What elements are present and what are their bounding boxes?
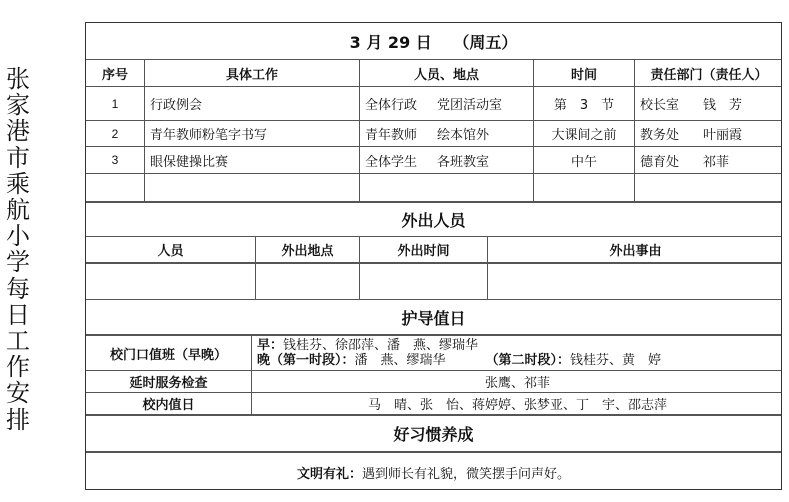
title-char: 工 <box>4 328 32 354</box>
outside-col-place: 外出地点 <box>256 237 360 262</box>
title-char: 安 <box>4 380 32 406</box>
row-dept: 校长室 <box>640 94 679 113</box>
habits-content: 遇到师长有礼貌，微笑摆手问声好。 <box>362 463 570 482</box>
title-char: 张 <box>4 66 32 92</box>
row-dept-person <box>635 174 783 201</box>
row-people: 全体学生 <box>365 151 417 170</box>
col-header-dept: 责任部门（责任人） <box>635 60 783 86</box>
title-char: 排 <box>4 407 32 433</box>
title-char: 小 <box>4 223 32 249</box>
outside-place <box>256 264 360 299</box>
gate-duty-row: 校门口值班（早晚） 早：钱桂芬、徐邵萍、潘 燕、缪瑞华 晚（第一时段）：潘 燕、… <box>86 336 781 371</box>
row-people-place <box>360 174 534 201</box>
habits-title-row: 好习惯养成 <box>86 416 781 453</box>
row-place: 绘本馆外 <box>437 124 489 143</box>
row-time: 中午 <box>534 147 635 173</box>
campus-duty-row: 校内值日 马 晴、张 怡、蒋婷婷、张梦亚、丁 宇、邵志萍 <box>86 393 781 416</box>
row-time: 大课间之前 <box>534 121 635 146</box>
campus-duty-names: 马 晴、张 怡、蒋婷婷、张梦亚、丁 宇、邵志萍 <box>252 393 783 414</box>
row-task: 青年教师粉笔字书写 <box>145 121 360 146</box>
row-dept-person: 校长室钱 芳 <box>635 87 783 120</box>
title-char: 家 <box>4 92 32 118</box>
date-header: 3 月 29 日 （周五） <box>86 23 781 59</box>
habits-label: 文明有礼： <box>297 463 362 482</box>
outside-time <box>360 264 488 299</box>
gate-duty-names: 早：钱桂芬、徐邵萍、潘 燕、缪瑞华 晚（第一时段）：潘 燕、缪瑞华（第二时段）：… <box>252 336 783 370</box>
row-people: 青年教师 <box>365 124 417 143</box>
row-task: 行政例会 <box>145 87 360 120</box>
table-row: 1 行政例会 全体行政党团活动室 第 3 节 校长室钱 芳 <box>86 87 781 121</box>
outside-title: 外出人员 <box>86 203 781 236</box>
outside-reason <box>488 264 783 299</box>
table-row: 2 青年教师粉笔字书写 青年教师绘本馆外 大课间之前 教务处叶丽霞 <box>86 121 781 147</box>
title-char: 作 <box>4 354 32 380</box>
date-header-row: 3 月 29 日 （周五） <box>86 23 781 60</box>
col-header-task: 具体工作 <box>145 60 360 86</box>
outside-col-person: 人员 <box>86 237 256 262</box>
row-task: 眼保健操比赛 <box>145 147 360 173</box>
delay-service-names: 张鹰、祁菲 <box>252 371 783 392</box>
gate-morning: 早：钱桂芬、徐邵萍、潘 燕、缪瑞华 <box>257 338 478 353</box>
row-time: 第 3 节 <box>534 87 635 120</box>
outside-col-time: 外出时间 <box>360 237 488 262</box>
outside-title-row: 外出人员 <box>86 203 781 237</box>
row-no <box>86 174 145 201</box>
row-dept-person: 德育处祁菲 <box>635 147 783 173</box>
gate-morning-label: 早： <box>257 338 283 353</box>
habits-text: 文明有礼：遇到师长有礼貌，微笑摆手问声好。 <box>86 453 781 491</box>
row-time <box>534 174 635 201</box>
habits-title: 好习惯养成 <box>86 416 781 451</box>
outside-header-row: 人员 外出地点 外出时间 外出事由 <box>86 237 781 264</box>
row-people-place: 全体学生各班教室 <box>360 147 534 173</box>
gate-evening-label-1: 晚（第一时段）： <box>257 353 355 368</box>
outside-col-reason: 外出事由 <box>488 237 783 262</box>
table-row-empty <box>86 174 781 203</box>
gate-evening-label-2: （第二时段）： <box>486 353 571 368</box>
col-header-time: 时间 <box>534 60 635 86</box>
title-char: 市 <box>4 145 32 171</box>
title-char: 乘 <box>4 171 32 197</box>
delay-service-row: 延时服务检查 张鹰、祁菲 <box>86 371 781 393</box>
gate-evening-names-2: 钱桂芬、黄 婷 <box>570 353 661 368</box>
row-people-place: 青年教师绘本馆外 <box>360 121 534 146</box>
row-person: 钱 芳 <box>703 94 742 113</box>
row-no: 1 <box>86 87 145 120</box>
table-row: 3 眼保健操比赛 全体学生各班教室 中午 德育处祁菲 <box>86 147 781 174</box>
school-title-vertical: 张 家 港 市 乘 航 小 学 每 日 工 作 安 排 <box>4 66 32 433</box>
row-dept: 德育处 <box>640 151 679 170</box>
title-char: 每 <box>4 276 32 302</box>
col-header-no: 序号 <box>86 60 145 86</box>
row-person: 祁菲 <box>703 151 729 170</box>
row-no: 2 <box>86 121 145 146</box>
row-people: 全体行政 <box>365 94 417 113</box>
col-header-people: 人员、地点 <box>360 60 534 86</box>
row-no: 3 <box>86 147 145 173</box>
title-char: 学 <box>4 249 32 275</box>
gate-morning-names: 钱桂芬、徐邵萍、潘 燕、缪瑞华 <box>283 338 478 353</box>
duty-title-row: 护导值日 <box>86 300 781 336</box>
row-dept-person: 教务处叶丽霞 <box>635 121 783 146</box>
row-person: 叶丽霞 <box>703 124 742 143</box>
outside-person <box>86 264 256 299</box>
title-char: 航 <box>4 197 32 223</box>
row-dept: 教务处 <box>640 124 679 143</box>
row-task <box>145 174 360 201</box>
schedule-sheet: 3 月 29 日 （周五） 序号 具体工作 人员、地点 时间 责任部门（责任人）… <box>85 22 782 490</box>
gate-evening-names-1: 潘 燕、缪瑞华 <box>355 353 446 368</box>
row-place: 各班教室 <box>437 151 489 170</box>
campus-duty-label: 校内值日 <box>86 393 252 414</box>
gate-duty-label: 校门口值班（早晚） <box>86 336 252 370</box>
delay-service-label: 延时服务检查 <box>86 371 252 392</box>
duty-title: 护导值日 <box>86 300 781 334</box>
schedule-header-row: 序号 具体工作 人员、地点 时间 责任部门（责任人） <box>86 60 781 87</box>
title-char: 港 <box>4 118 32 144</box>
row-people-place: 全体行政党团活动室 <box>360 87 534 120</box>
outside-row <box>86 264 781 300</box>
row-place: 党团活动室 <box>437 94 502 113</box>
gate-evening: 晚（第一时段）：潘 燕、缪瑞华（第二时段）：钱桂芬、黄 婷 <box>257 353 661 368</box>
habits-text-row: 文明有礼：遇到师长有礼貌，微笑摆手问声好。 <box>86 453 781 491</box>
title-char: 日 <box>4 302 32 328</box>
